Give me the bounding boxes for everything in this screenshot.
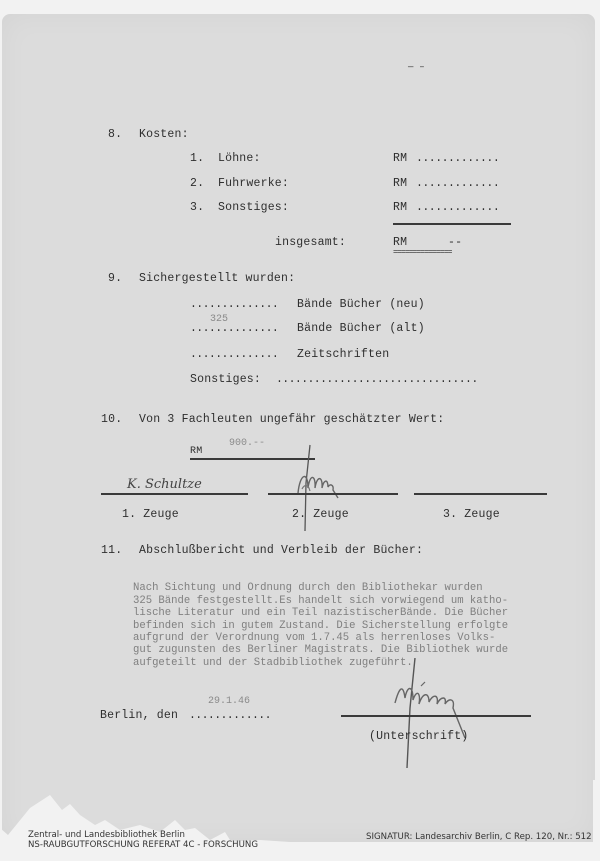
subtotal-rule xyxy=(393,223,511,225)
signature-label: (Unterschrift) xyxy=(369,730,468,743)
cost-item-currency: RM xyxy=(393,152,407,165)
signature-line xyxy=(341,715,531,717)
witness-1-line xyxy=(101,493,248,495)
cost-item-label: Sonstiges: xyxy=(218,201,289,214)
page-mark: — – xyxy=(408,62,425,72)
estimated-value: 900.-- xyxy=(229,438,265,449)
secured-row-label: Zeitschriften xyxy=(297,348,389,361)
cost-item-label: Fuhrwerke: xyxy=(218,177,289,190)
estimated-currency: RM xyxy=(190,446,202,457)
witness-3-line xyxy=(414,493,547,495)
footer-institution: Zentral- und Landesbibliothek BerlinNS-R… xyxy=(28,830,258,850)
closing-date: 29.1.46 xyxy=(208,696,250,707)
secured-other-dots: ................................ xyxy=(276,373,478,386)
section10-title: Von 3 Fachleuten ungefähr geschätzter We… xyxy=(139,413,444,426)
closing-signature xyxy=(385,658,525,768)
witness-1-signature: K. Schultze xyxy=(127,477,202,492)
secured-row-label: Bände Bücher (alt) xyxy=(297,322,425,335)
cost-item-number: 2. xyxy=(190,177,204,190)
section8-title: Kosten: xyxy=(139,128,189,141)
witness-1-label: 1. Zeuge xyxy=(122,508,179,521)
closing-date-dots: ............. xyxy=(189,709,271,722)
report-line: gut zugunsten des Berliner Magistrats. D… xyxy=(133,644,573,656)
report-line: Nach Sichtung und Ordnung durch den Bibl… xyxy=(133,582,573,594)
closing-place-label: Berlin, den xyxy=(100,709,178,722)
report-line: befinden sich in gutem Zustand. Die Sich… xyxy=(133,620,573,632)
total-label: insgesamt: xyxy=(275,236,346,249)
total-double-underline: =============== xyxy=(393,248,452,257)
cost-item-label: Löhne: xyxy=(218,152,261,165)
report-line: 325 Bände festgestellt.Es handelt sich v… xyxy=(133,595,573,607)
cost-item-number: 3. xyxy=(190,201,204,214)
report-line: aufgrund der Verordnung vom 1.7.45 als h… xyxy=(133,632,573,644)
section8-number: 8. xyxy=(108,128,122,141)
secured-row-dots: .............. xyxy=(190,348,278,361)
section9-title: Sichergestellt wurden: xyxy=(139,272,295,285)
footer-institution-name: Zentral- und Landesbibliothek Berlin xyxy=(28,830,258,840)
secured-other-label: Sonstiges: xyxy=(190,373,261,386)
cost-item-currency: RM xyxy=(393,177,407,190)
cost-item-value: ............. xyxy=(416,201,499,214)
section11-number: 11. xyxy=(101,544,122,557)
cost-item-currency: RM xyxy=(393,201,407,214)
secured-row-dots: .............. xyxy=(190,298,278,311)
secured-row-label: Bände Bücher (neu) xyxy=(297,298,425,311)
witness-2-line xyxy=(268,493,398,495)
cost-item-number: 1. xyxy=(190,152,204,165)
section9-number: 9. xyxy=(108,272,122,285)
section11-title: Abschlußbericht und Verbleib der Bücher: xyxy=(139,544,423,557)
report-line: lische Literatur und ein Teil nazistisch… xyxy=(133,607,573,619)
footer-department: NS-RAUBGUTFORSCHUNG REFERAT 4C - FORSCHU… xyxy=(28,840,258,850)
cost-item-value: ............. xyxy=(416,152,499,165)
section10-number: 10. xyxy=(101,413,122,426)
footer-signature-ref: SIGNATUR: Landesarchiv Berlin, C Rep. 12… xyxy=(366,832,592,842)
cost-item-value: ............. xyxy=(416,177,499,190)
witness-3-label: 3. Zeuge xyxy=(443,508,500,521)
secured-row-dots: .............. xyxy=(190,322,278,335)
witness-2-label: 2. Zeuge xyxy=(292,508,349,521)
